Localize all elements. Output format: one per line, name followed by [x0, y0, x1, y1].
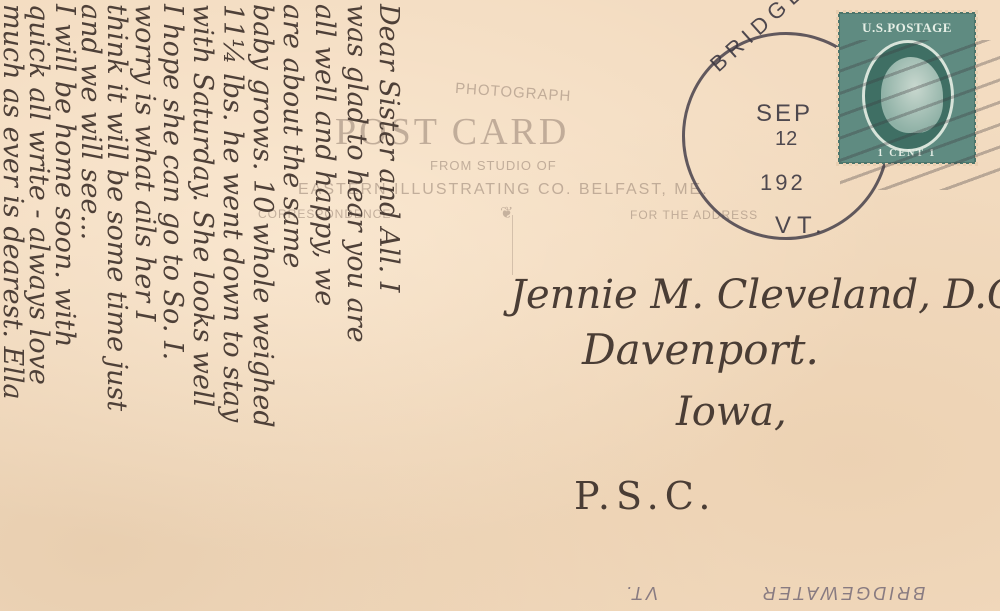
message-line: 11¼ lbs. he went down to stay: [217, 4, 248, 611]
message-line: baby grows. 10 whole weighed: [247, 4, 278, 611]
recipient-extra: P.S.C.: [574, 474, 717, 518]
postmark-state: VT.: [775, 212, 828, 240]
message-line: was glad to hear you are: [341, 4, 372, 611]
message-line: Dear Sister and All. I: [373, 4, 404, 611]
postmark-day: 12: [775, 128, 797, 151]
recipient-name: Jennie M. Cleveland, D.C.: [510, 272, 1000, 318]
message-line: with Saturday. She looks well: [187, 4, 218, 611]
postcard-back: PHOTOGRAPH POST CARD FROM STUDIO OF EAST…: [0, 0, 1000, 611]
message-line: worry is what ails her I: [129, 4, 160, 611]
postmark-year: 192: [760, 170, 806, 196]
message-line: all well and happy, we: [309, 4, 340, 611]
handwritten-message: Dear Sister and All. I was glad to hear …: [0, 0, 520, 611]
message-line: are about the same: [277, 4, 308, 611]
pencil-note-town: BRIDGEWATER: [760, 582, 925, 603]
recipient-state: Iowa,: [676, 389, 787, 435]
recipient-city: Davenport.: [582, 325, 819, 374]
message-line: I hope she can go to So. I.: [157, 4, 188, 611]
message-line: much as ever is dearest. Ella: [0, 4, 28, 611]
cancellation-lines: [840, 40, 1000, 190]
stamp-top-text: U.S.POSTAGE: [840, 20, 974, 36]
pencil-note-state: VT.: [623, 582, 658, 603]
postmark-month: SEP: [756, 100, 813, 128]
